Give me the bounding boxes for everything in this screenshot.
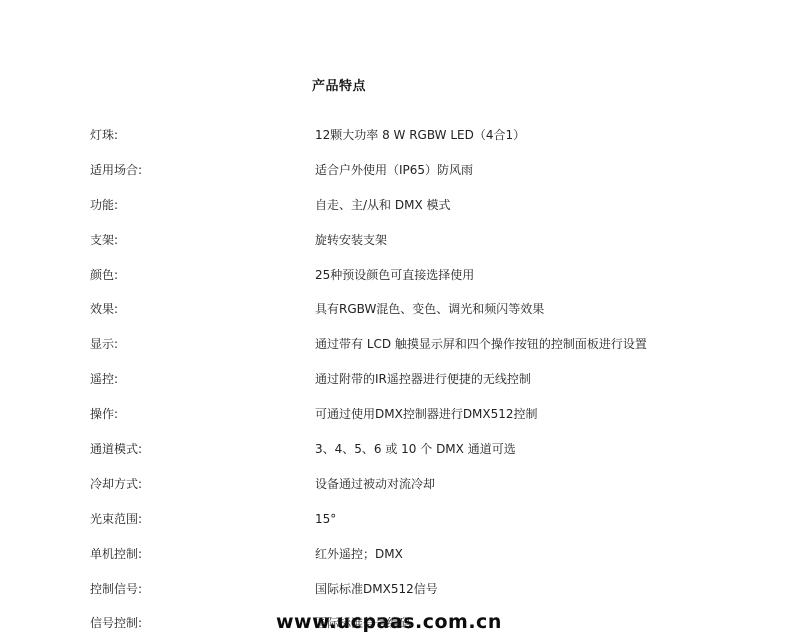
spec-row: 控制信号: 国际标准DMX512信号 xyxy=(0,580,790,615)
spec-label: 单机控制: xyxy=(90,545,142,563)
spec-row: 操作: 可通过使用DMX控制器进行DMX512控制 xyxy=(0,405,790,440)
spec-value: 25种预设颜色可直接选择使用 xyxy=(315,266,474,284)
spec-value: 自走、主/从和 DMX 模式 xyxy=(315,196,451,214)
spec-label: 支架: xyxy=(90,231,118,249)
page-title: 产品特点 xyxy=(312,75,366,94)
spec-row: 通道模式: 3、4、5、6 或 10 个 DMX 通道可选 xyxy=(0,440,790,475)
spec-row: 适用场合: 适合户外使用（IP65）防风雨 xyxy=(0,161,790,196)
spec-value: 12颗大功率 8 W RGBW LED（4合1） xyxy=(315,126,525,144)
spec-label: 效果: xyxy=(90,300,118,318)
spec-value: 旋转安装支架 xyxy=(315,231,387,249)
spec-label: 信号控制: xyxy=(90,614,142,632)
spec-label: 光束范围: xyxy=(90,510,142,528)
spec-row: 颜色: 25种预设颜色可直接选择使用 xyxy=(0,266,790,301)
spec-label: 适用场合: xyxy=(90,161,142,179)
spec-label: 控制信号: xyxy=(90,580,142,598)
spec-value: 可通过使用DMX控制器进行DMX512控制 xyxy=(315,405,538,423)
spec-value: 3、4、5、6 或 10 个 DMX 通道可选 xyxy=(315,440,516,458)
spec-value: 通过带有 LCD 触摸显示屏和四个操作按钮的控制面板进行设置 xyxy=(315,335,647,353)
spec-row: 显示: 通过带有 LCD 触摸显示屏和四个操作按钮的控制面板进行设置 xyxy=(0,335,790,370)
spec-row: 单机控制: 红外遥控；DMX xyxy=(0,545,790,580)
spec-label: 遥控: xyxy=(90,370,118,388)
spec-value: 通过附带的IR遥控器进行便捷的无线控制 xyxy=(315,370,531,388)
spec-value: 适合户外使用（IP65）防风雨 xyxy=(315,161,473,179)
spec-label: 功能: xyxy=(90,196,118,214)
spec-row: 支架: 旋转安装支架 xyxy=(0,231,790,266)
spec-row: 光束范围: 15° xyxy=(0,510,790,545)
spec-row: 遥控: 通过附带的IR遥控器进行便捷的无线控制 xyxy=(0,370,790,405)
spec-row: 效果: 具有RGBW混色、变色、调光和频闪等效果 xyxy=(0,300,790,335)
spec-label: 冷却方式: xyxy=(90,475,142,493)
spec-label: 显示: xyxy=(90,335,118,353)
spec-row: 灯珠: 12颗大功率 8 W RGBW LED（4合1） xyxy=(0,126,790,161)
spec-value: 红外遥控；DMX xyxy=(315,545,403,563)
spec-label: 通道模式: xyxy=(90,440,142,458)
spec-value: 国际标准DMX512信号 xyxy=(315,580,438,598)
watermark: www.ucpaas.com.cn xyxy=(276,611,502,633)
spec-label: 颜色: xyxy=(90,266,118,284)
spec-row: 功能: 自走、主/从和 DMX 模式 xyxy=(0,196,790,231)
spec-value: 15° xyxy=(315,510,336,528)
spec-label: 操作: xyxy=(90,405,118,423)
spec-value: 设备通过被动对流冷却 xyxy=(315,475,435,493)
spec-row: 冷却方式: 设备通过被动对流冷却 xyxy=(0,475,790,510)
spec-value: 具有RGBW混色、变色、调光和频闪等效果 xyxy=(315,300,544,318)
spec-label: 灯珠: xyxy=(90,126,118,144)
spec-list: 灯珠: 12颗大功率 8 W RGBW LED（4合1） 适用场合: 适合户外使… xyxy=(0,126,790,642)
